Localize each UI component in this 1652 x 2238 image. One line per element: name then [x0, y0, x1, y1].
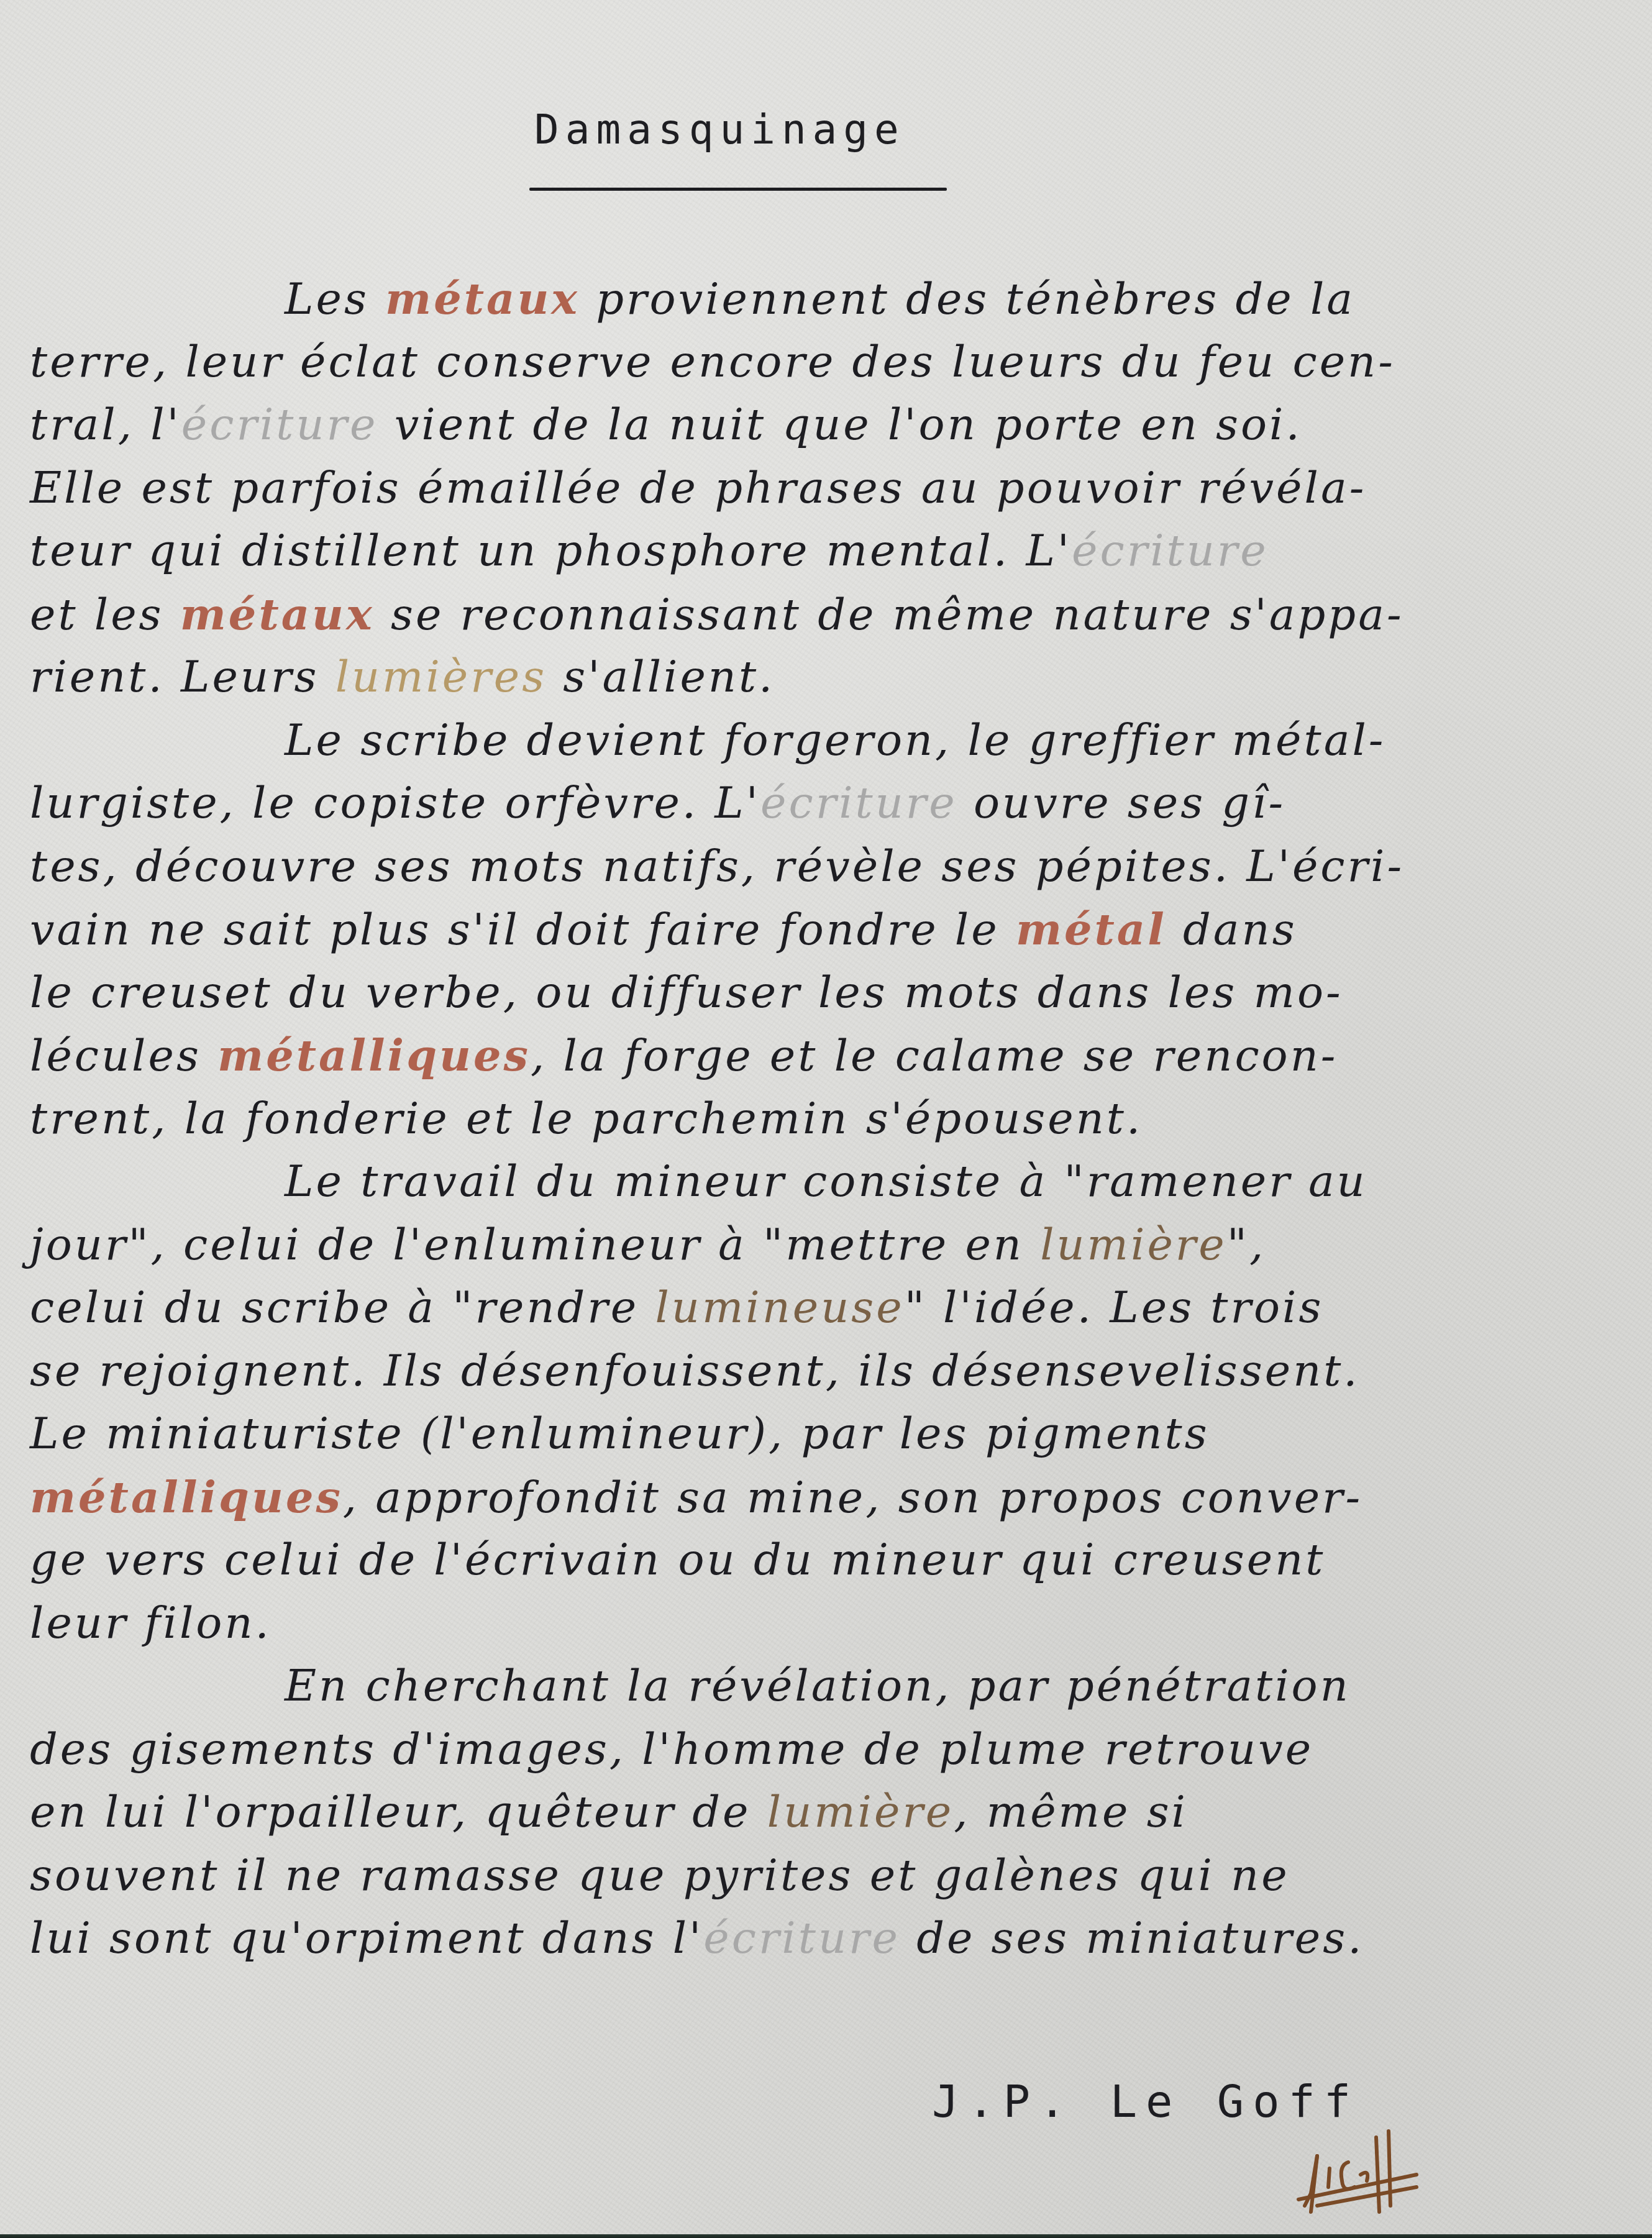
text-segment: vient de la nuit que l'on porte en soi.	[378, 399, 1302, 450]
highlighted-word-copper: métal	[1016, 903, 1167, 955]
highlighted-word-copper: métalliques	[30, 1471, 343, 1523]
text-segment: le creuset du verbe, ou diffuser les mot…	[30, 967, 1343, 1018]
text-segment: , la forge et le calame se rencon-	[531, 1030, 1338, 1081]
text-line: Le scribe devient forgeron, le greffier …	[30, 709, 1620, 772]
signature-mark	[1292, 2119, 1441, 2224]
text-segment: leur filon.	[30, 1597, 272, 1648]
text-line: se rejoignent. Ils désenfouissent, ils d…	[30, 1340, 1620, 1403]
text-segment: de ses miniatures.	[900, 1912, 1364, 1963]
highlighted-word-silver: écriture	[760, 777, 957, 828]
highlighted-word-bronze: lumineuse	[655, 1282, 904, 1333]
highlighted-word-silver: écriture	[703, 1912, 900, 1963]
highlighted-word-copper: métaux	[385, 273, 580, 324]
text-line: terre, leur éclat conserve encore des lu…	[30, 331, 1620, 394]
text-segment: Le travail du mineur consiste à "ramener…	[285, 1156, 1367, 1207]
text-segment: jour", celui de l'enlumineur à "mettre e…	[30, 1219, 1040, 1270]
highlighted-word-gold: lumières	[335, 651, 547, 702]
text-line: vain ne sait plus s'il doit faire fondre…	[30, 898, 1620, 961]
text-segment: teur qui distillent un phosphore mental.…	[30, 525, 1072, 576]
text-line: Le miniaturiste (l'enlumineur), par les …	[30, 1402, 1620, 1466]
text-segment: s'allient.	[547, 651, 775, 702]
text-segment: lurgiste, le copiste orfèvre. L'	[30, 777, 760, 828]
text-segment: rient. Leurs	[30, 651, 335, 702]
text-segment: souvent il ne ramasse que pyrites et gal…	[30, 1850, 1290, 1901]
text-segment: lécules	[30, 1030, 217, 1081]
highlighted-word-bronze: lumière	[767, 1786, 954, 1837]
text-segment: terre, leur éclat conserve encore des lu…	[30, 336, 1395, 387]
text-segment: tes, découvre ses mots natifs, révèle se…	[30, 841, 1404, 892]
text-line: tral, l'écriture vient de la nuit que l'…	[30, 393, 1620, 457]
text-line: souvent il ne ramasse que pyrites et gal…	[30, 1844, 1620, 1907]
text-line: En cherchant la révélation, par pénétrat…	[30, 1655, 1620, 1718]
text-segment: Les	[285, 273, 385, 324]
highlighted-word-copper: métalliques	[217, 1030, 531, 1081]
text-segment: se reconnaissant de même nature s'appa-	[375, 589, 1404, 640]
text-segment: Elle est parfois émaillée de phrases au …	[30, 462, 1366, 513]
text-segment: Le scribe devient forgeron, le greffier …	[285, 715, 1385, 765]
text-line: lécules métalliques, la forge et le cala…	[30, 1024, 1620, 1087]
text-segment: " l'idée. Les trois	[905, 1282, 1324, 1333]
text-line: tes, découvre ses mots natifs, révèle se…	[30, 835, 1620, 898]
text-segment: , approfondit sa mine, son propos conver…	[343, 1472, 1362, 1523]
text-line: teur qui distillent un phosphore mental.…	[30, 519, 1620, 583]
text-line: le creuset du verbe, ou diffuser les mot…	[30, 961, 1620, 1025]
highlighted-word-bronze: lumière	[1040, 1219, 1227, 1270]
text-segment: des gisements d'images, l'homme de plume…	[30, 1724, 1313, 1774]
text-segment: lui sont qu'orpiment dans l'	[30, 1912, 703, 1963]
highlighted-word-silver: écriture	[1072, 525, 1269, 576]
text-line: en lui l'orpailleur, quêteur de lumière,…	[30, 1781, 1620, 1844]
highlighted-word-silver: écriture	[181, 399, 378, 450]
text-segment: et les	[30, 589, 180, 640]
text-line: Elle est parfois émaillée de phrases au …	[30, 457, 1620, 520]
text-segment: ge vers celui de l'écrivain ou du mineur…	[30, 1534, 1325, 1585]
text-segment: trent, la fonderie et le parchemin s'épo…	[30, 1093, 1143, 1144]
text-line: et les métaux se reconnaissant de même n…	[30, 583, 1620, 646]
text-line: celui du scribe à "rendre lumineuse" l'i…	[30, 1276, 1620, 1340]
text-segment: vain ne sait plus s'il doit faire fondre…	[30, 904, 1016, 955]
paper-edge	[0, 2234, 1652, 2238]
text-segment: proviennent des ténèbres de la	[580, 273, 1355, 324]
text-segment: ",	[1227, 1219, 1266, 1270]
text-line: jour", celui de l'enlumineur à "mettre e…	[30, 1213, 1620, 1277]
text-line: leur filon.	[30, 1592, 1620, 1655]
text-segment: celui du scribe à "rendre	[30, 1282, 655, 1333]
title-underline	[529, 188, 947, 191]
text-segment: dans	[1167, 904, 1297, 955]
text-line: des gisements d'images, l'homme de plume…	[30, 1718, 1620, 1781]
text-line: rient. Leurs lumières s'allient.	[30, 646, 1620, 709]
text-segment: En cherchant la révélation, par pénétrat…	[285, 1660, 1351, 1711]
text-segment: en lui l'orpailleur, quêteur de	[30, 1786, 767, 1837]
text-line: Les métaux proviennent des ténèbres de l…	[30, 267, 1620, 331]
page-title: Damasquinage	[534, 106, 905, 153]
text-segment: tral, l'	[30, 399, 181, 450]
text-segment: , même si	[954, 1786, 1188, 1837]
text-line: trent, la fonderie et le parchemin s'épo…	[30, 1087, 1620, 1151]
text-line: lui sont qu'orpiment dans l'écriture de …	[30, 1907, 1620, 1970]
body-text: Les métaux proviennent des ténèbres de l…	[30, 267, 1620, 1970]
text-line: lurgiste, le copiste orfèvre. L'écriture…	[30, 772, 1620, 835]
highlighted-word-copper: métaux	[180, 588, 375, 640]
text-line: Le travail du mineur consiste à "ramener…	[30, 1150, 1620, 1213]
text-line: métalliques, approfondit sa mine, son pr…	[30, 1466, 1620, 1529]
text-segment: Le miniaturiste (l'enlumineur), par les …	[30, 1408, 1210, 1459]
text-segment: ouvre ses gî-	[957, 777, 1286, 828]
text-line: ge vers celui de l'écrivain ou du mineur…	[30, 1528, 1620, 1592]
text-segment: se rejoignent. Ils désenfouissent, ils d…	[30, 1345, 1360, 1396]
